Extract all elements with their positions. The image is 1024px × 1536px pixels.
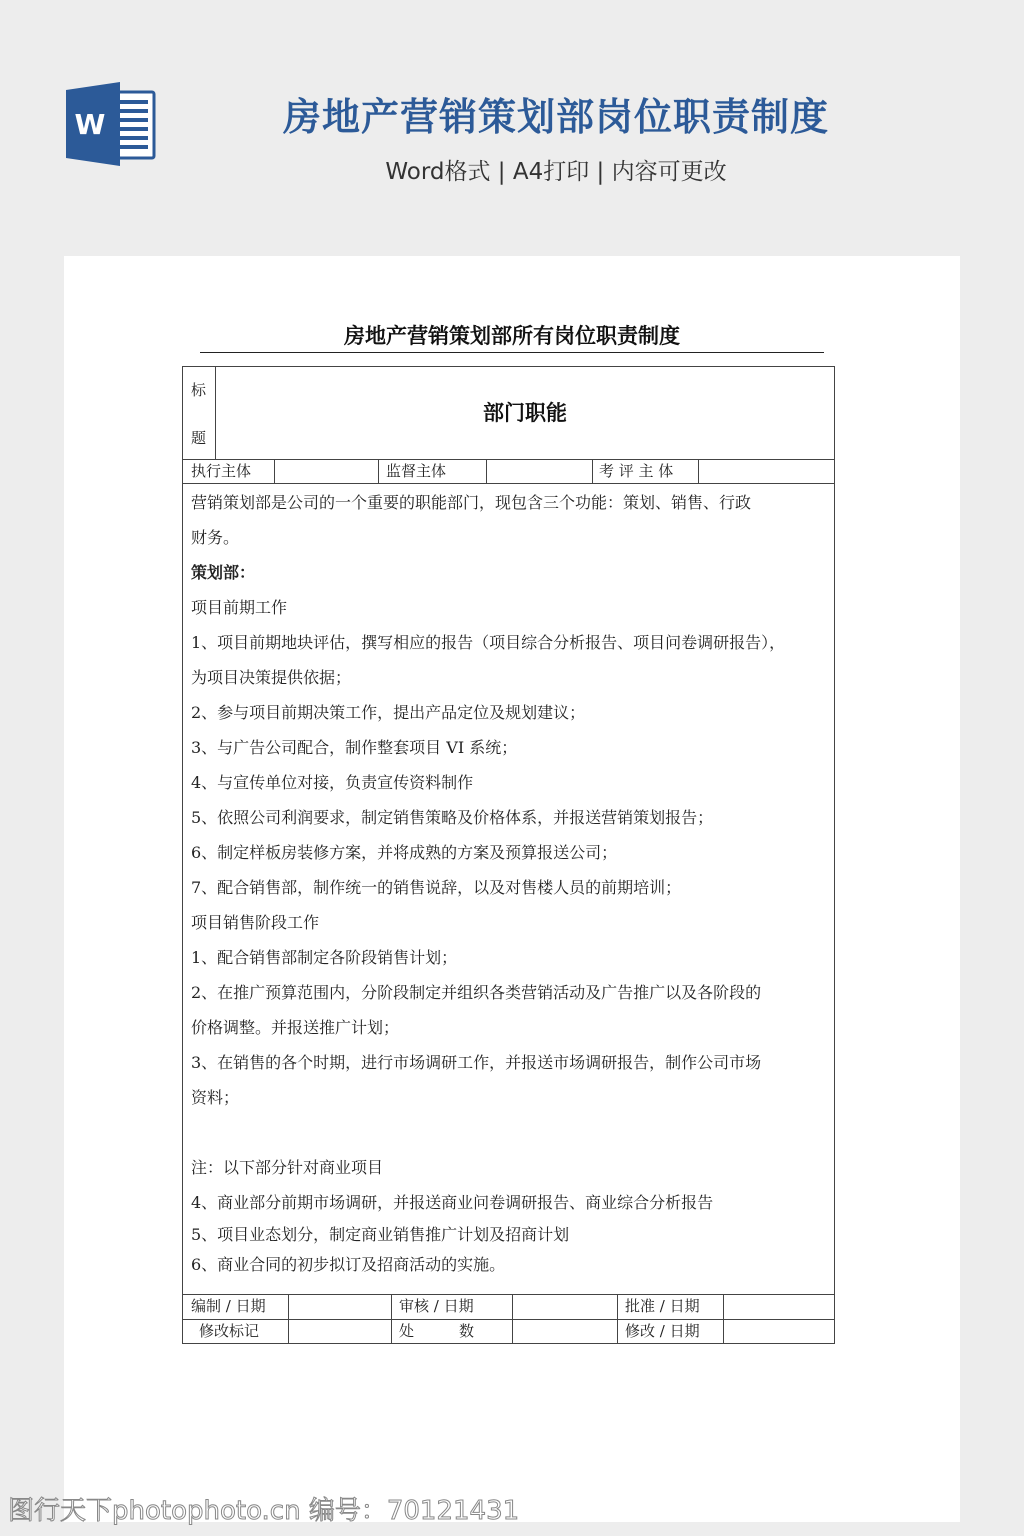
column-divider: [486, 459, 487, 483]
word-document-icon: W: [66, 82, 156, 166]
compiled-by-label: 编制 / 日期: [191, 1294, 266, 1318]
title-label-top: 标: [191, 379, 206, 400]
row-divider: [183, 1319, 834, 1320]
responsibility-table: 标 题 部门职能 执行主体 监督主体 考 评 主 体 营销策划部是公司的一个重要…: [182, 366, 835, 1344]
column-divider: [592, 459, 593, 483]
column-divider: [723, 1294, 724, 1344]
document-title: 房地产营销策划部所有岗位职责制度: [200, 321, 824, 351]
body-line: 营销策划部是公司的一个重要的职能部门，现包含三个功能：策划、销售、行政: [191, 485, 831, 520]
title-underline: [200, 352, 824, 353]
body-line: 3、与广告公司配合，制作整套项目 VI 系统；: [191, 730, 831, 765]
count-label: 处 数: [399, 1319, 474, 1343]
revised-date-label: 修改 / 日期: [625, 1319, 700, 1343]
supervisor-label: 监督主体: [386, 459, 446, 483]
page-subtitle: Word格式 | A4打印 | 内容可更改: [240, 156, 872, 188]
approved-by-label: 批准 / 日期: [625, 1294, 700, 1318]
body-line: 3、在销售的各个时期，进行市场调研工作，并报送市场调研报告，制作公司市场: [191, 1045, 831, 1080]
body-line: 6、制定样板房装修方案，并将成熟的方案及预算报送公司；: [191, 835, 831, 870]
column-divider: [288, 1294, 289, 1344]
executor-label: 执行主体: [191, 459, 251, 483]
watermark-text: 图行天下photophoto.cn 编号：70121431: [8, 1490, 519, 1527]
body-line: 1、配合销售部制定各阶段销售计划；: [191, 940, 831, 975]
section-title: 部门职能: [216, 397, 834, 427]
body-line: 价格调整。并报送推广计划；: [191, 1010, 831, 1045]
column-divider: [391, 1294, 392, 1344]
reviewed-by-label: 审核 / 日期: [399, 1294, 474, 1318]
body-line: 资料；: [191, 1080, 831, 1115]
row-divider: [183, 483, 834, 484]
column-divider: [378, 459, 379, 483]
body-line: 6、商业合同的初步拟订及招商活动的实施。: [191, 1250, 831, 1280]
row-divider: [183, 459, 834, 460]
body-line: 7、配合销售部，制作统一的销售说辞，以及对售楼人员的前期培训；: [191, 870, 831, 905]
subsection-heading: 项目销售阶段工作: [191, 905, 831, 940]
body-line: 2、参与项目前期决策工作，提出产品定位及规划建议；: [191, 695, 831, 730]
column-divider: [274, 459, 275, 483]
body-line: 4、与宣传单位对接，负责宣传资料制作: [191, 765, 831, 800]
title-label-bottom: 题: [191, 427, 206, 448]
subsection-heading: 项目前期工作: [191, 590, 831, 625]
section-heading: 策划部：: [191, 555, 831, 590]
blank-line: [191, 1115, 831, 1150]
body-line: 5、依照公司利润要求，制定销售策略及价格体系，并报送营销策划报告；: [191, 800, 831, 835]
body-line: 5、项目业态划分，制定商业销售推广计划及招商计划: [191, 1220, 831, 1250]
body-line: 4、商业部分前期市场调研，并报送商业问卷调研报告、商业综合分析报告: [191, 1185, 831, 1220]
column-divider: [617, 1294, 618, 1344]
body-line: 为项目决策提供依据；: [191, 660, 831, 695]
duties-body: 营销策划部是公司的一个重要的职能部门，现包含三个功能：策划、销售、行政 财务。 …: [191, 485, 831, 1280]
page-title: 房地产营销策划部岗位职责制度: [240, 92, 872, 142]
word-icon-letter: W: [75, 108, 106, 141]
body-line: 2、在推广预算范围内，分阶段制定并组织各类营销活动及广告推广以及各阶段的: [191, 975, 831, 1010]
column-divider: [512, 1294, 513, 1344]
evaluator-label: 考 评 主 体: [599, 459, 673, 483]
column-divider: [698, 459, 699, 483]
revision-mark-label: 修改标记: [199, 1319, 259, 1343]
body-line: 1、项目前期地块评估，撰写相应的报告（项目综合分析报告、项目问卷调研报告），: [191, 625, 831, 660]
note-line: 注：以下部分针对商业项目: [191, 1150, 831, 1185]
body-line: 财务。: [191, 520, 831, 555]
row-divider: [183, 1294, 834, 1295]
